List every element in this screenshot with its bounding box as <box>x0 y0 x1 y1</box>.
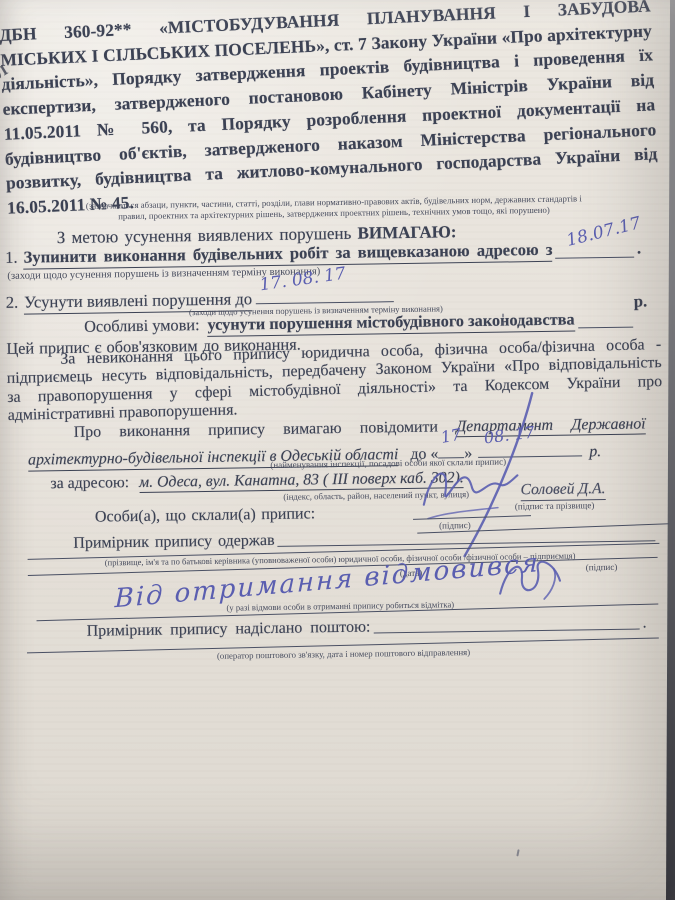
item-period: . <box>637 238 641 258</box>
ink-speck <box>516 849 519 856</box>
ink-speck <box>502 314 504 318</box>
document-sheet: АЛ ДБН 360-92** «МІСТОБУДУВАННЯ ПЛАНУВАН… <box>0 0 675 900</box>
signers-line: Особи(а), що склали(а) припис: <box>95 505 315 526</box>
received-label: Примірник припису одержав <box>73 532 274 553</box>
item-number: 1. <box>5 248 18 268</box>
signer-name-caption: (підпис та прізвище) <box>515 500 595 511</box>
mailed-line: Примірник припису надіслано поштою: . <box>87 614 647 640</box>
item-number: 2. <box>6 293 19 313</box>
signer-name: Соловей Д.А. <box>520 480 605 501</box>
address-label: за адресою: <box>50 474 129 492</box>
received-line: Примірник припису одержав <box>73 526 658 553</box>
liability-paragraph: За невиконання цього припису юридична ос… <box>6 336 663 425</box>
ink-speck <box>502 322 504 326</box>
fill-blank <box>577 309 633 329</box>
special-label: Особливі умови: <box>84 315 200 337</box>
demand-emphasis: ВИМАГАЮ: <box>357 222 456 242</box>
top-paragraph: ДБН 360-92** «МІСТОБУДУВАННЯ ПЛАНУВАННЯ … <box>0 0 659 220</box>
fill-blank: 18.07.17 <box>555 239 634 259</box>
signature-caption: (підпис) <box>586 562 618 572</box>
handwritten-date: 18.07.17 <box>565 213 643 251</box>
mailed-period: . <box>642 614 646 632</box>
special-value: усунути порушення містобудівного законод… <box>207 309 574 336</box>
mailed-label: Примірник припису надіслано поштою: <box>87 619 371 641</box>
year-suffix: р. <box>589 443 601 461</box>
fill-blank: 17. 08. 17 <box>256 282 394 304</box>
fill-blank <box>373 615 639 634</box>
